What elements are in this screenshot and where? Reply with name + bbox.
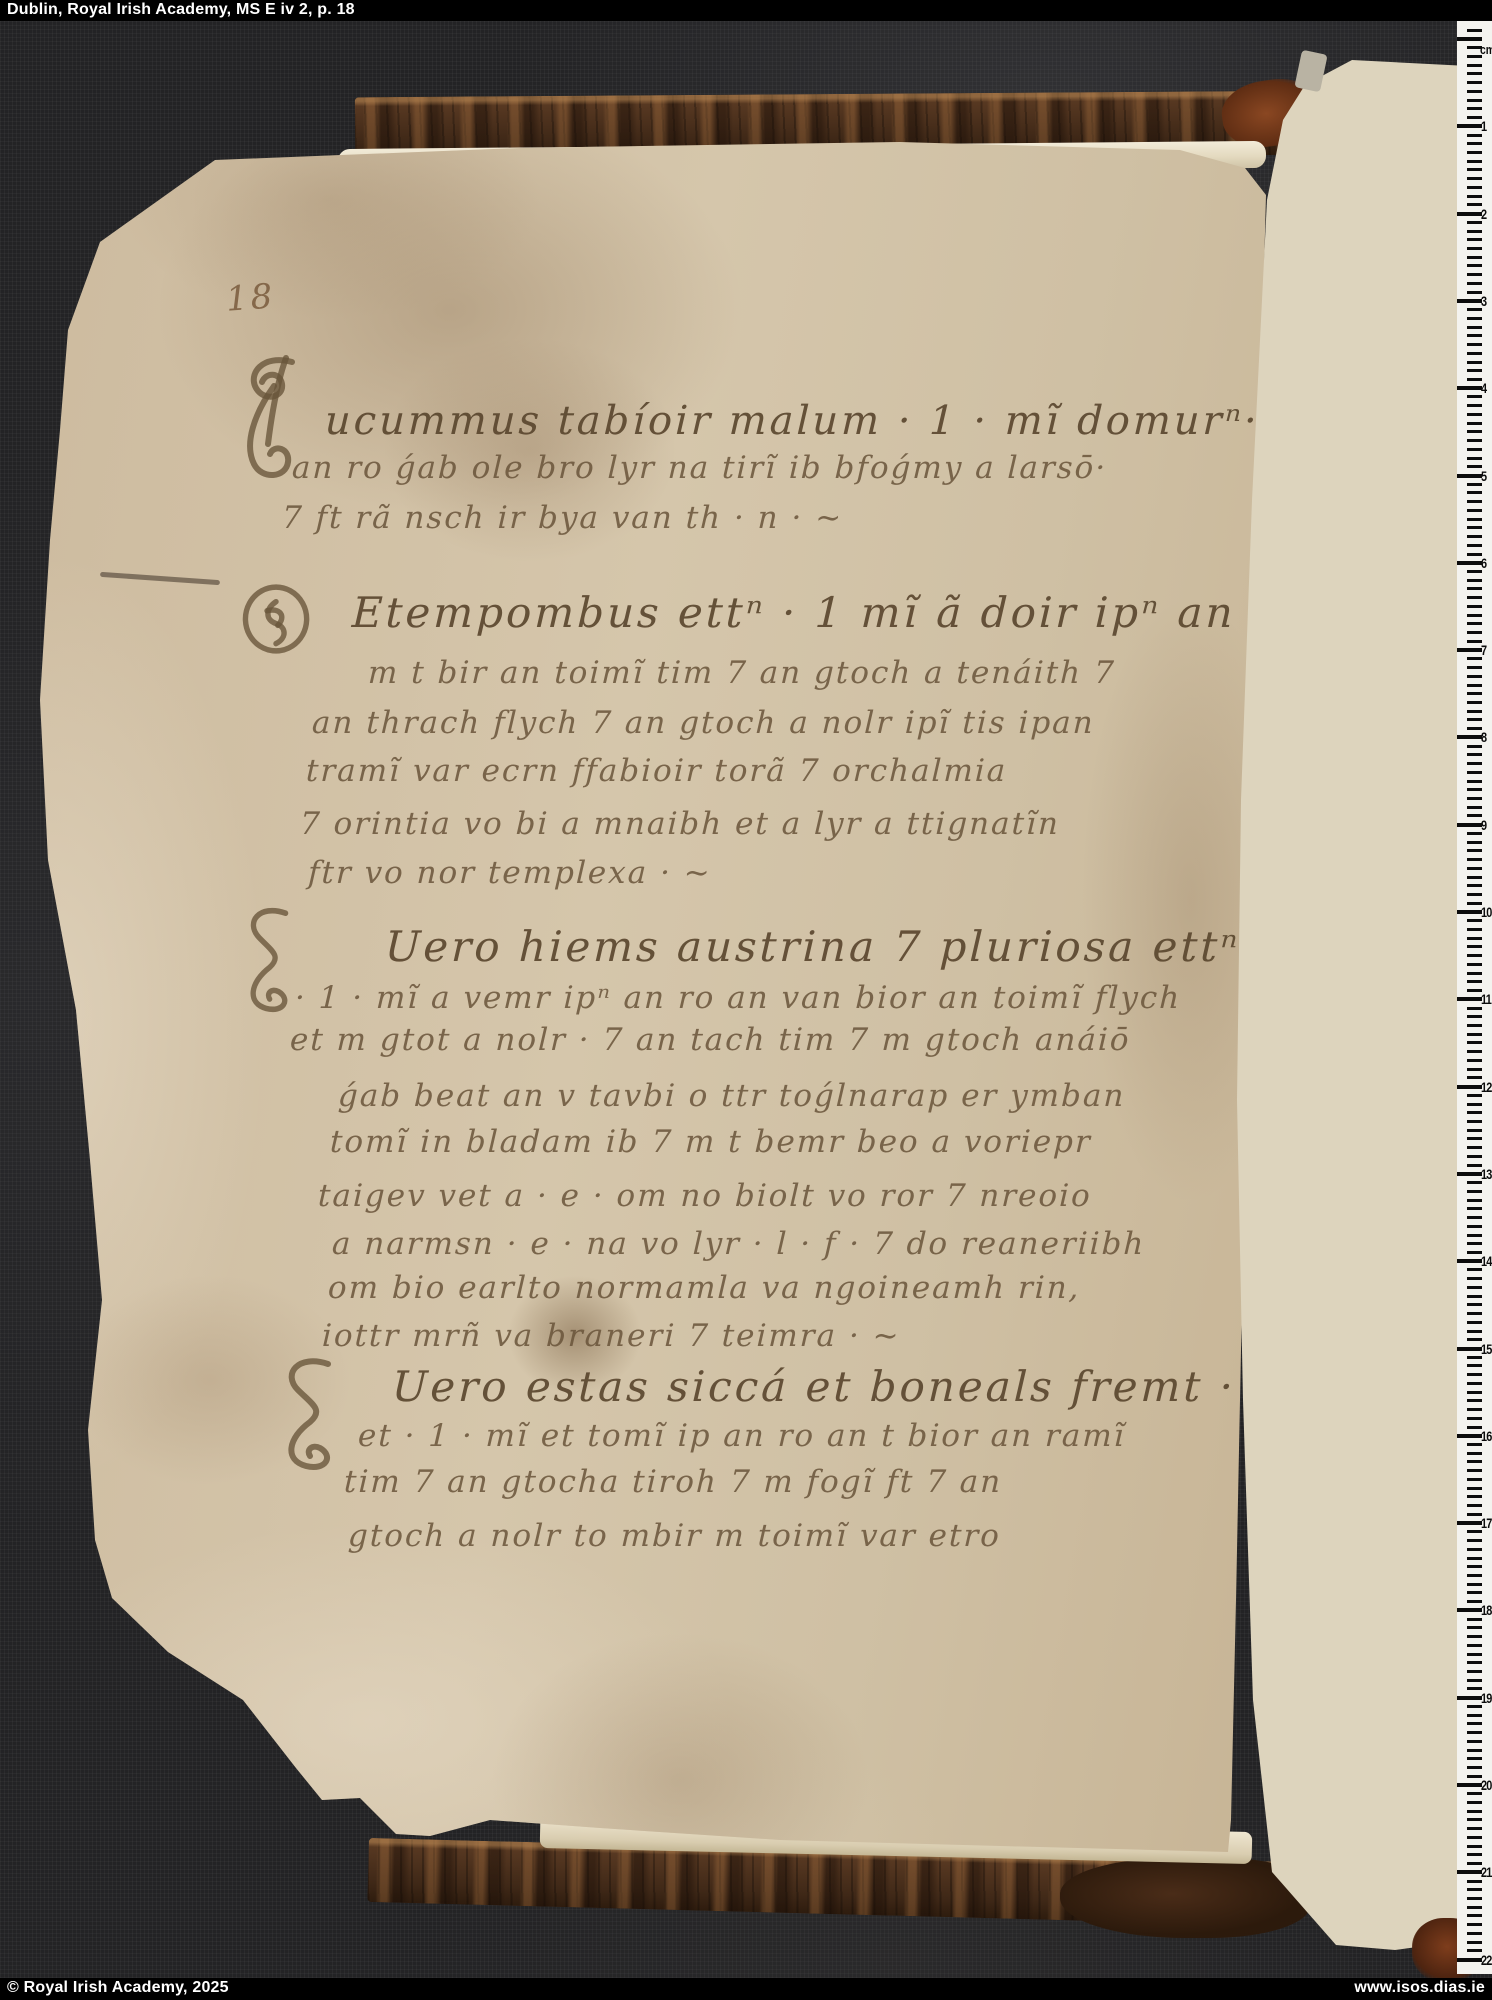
- ruler-tick: [1467, 1356, 1482, 1359]
- ruler-tick: [1467, 72, 1482, 75]
- ruler-tick: [1467, 1888, 1482, 1891]
- ruler-tick: [1467, 640, 1482, 643]
- ruler-tick: [1467, 596, 1482, 599]
- copyright-notice: © Royal Irish Academy, 2025: [7, 1979, 229, 1997]
- ruler-tick: [1457, 1521, 1482, 1525]
- ruler-tick: [1467, 1216, 1482, 1219]
- ruler-tick: [1457, 1958, 1482, 1962]
- ruler-tick: [1467, 902, 1482, 905]
- ruler-tick: [1467, 1653, 1482, 1656]
- ruler-tick: [1467, 1129, 1482, 1132]
- ruler-tick: [1467, 1548, 1482, 1551]
- ruler-tick: [1467, 1050, 1482, 1053]
- shelfmark-title: Dublin, Royal Irish Academy, MS E iv 2, …: [7, 1, 355, 19]
- ruler-tick: [1467, 1574, 1482, 1577]
- ruler-tick: [1457, 124, 1482, 128]
- ruler-tick: [1467, 186, 1482, 189]
- ruler-tick: [1457, 1783, 1482, 1787]
- ruler-tick: [1467, 1146, 1482, 1149]
- ruler-tick: [1467, 404, 1482, 407]
- book-fore-edge-band: [1225, 40, 1468, 1950]
- ruler-tick: [1457, 1870, 1482, 1874]
- ruler-tick: [1457, 823, 1482, 827]
- ruler-tick: [1467, 1862, 1482, 1865]
- ruler-tick: [1467, 334, 1482, 337]
- ruler-tick: [1467, 317, 1482, 320]
- ruler-tick: [1467, 1661, 1482, 1664]
- ruler-tick: [1467, 1041, 1482, 1044]
- ruler-tick: [1467, 1792, 1482, 1795]
- ruler-tick: [1457, 910, 1482, 914]
- ruler-tick: [1467, 1033, 1482, 1036]
- manuscript-text-line: Etempombus ettⁿ · 1 mĩ ã doir ipⁿ an ro: [351, 588, 1304, 637]
- ruler-tick: [1467, 631, 1482, 634]
- ruler-tick: [1467, 1731, 1482, 1734]
- ruler-tick: [1467, 238, 1482, 241]
- ruler-tick: [1457, 1172, 1482, 1176]
- ruler-tick: [1467, 29, 1482, 32]
- ruler-tick: [1457, 299, 1482, 303]
- ruler-tick: [1467, 1181, 1482, 1184]
- ruler-tick: [1467, 326, 1482, 329]
- ruler-tick: [1467, 893, 1482, 896]
- ruler-tick: [1467, 1286, 1482, 1289]
- ruler-tick: [1467, 1836, 1482, 1839]
- ruler-tick: [1467, 1679, 1482, 1682]
- ruler-tick: [1467, 1949, 1482, 1952]
- ruler-number: 1: [1481, 118, 1492, 134]
- ruler-tick: [1467, 361, 1482, 364]
- ruler-tick: [1467, 727, 1482, 730]
- ruler-tick: [1467, 570, 1482, 573]
- ruler-number: 20: [1481, 1777, 1492, 1793]
- ruler-tick: [1467, 937, 1482, 940]
- ruler-tick: [1467, 762, 1482, 765]
- ruler-tick: [1467, 430, 1482, 433]
- ruler-tick: [1467, 1687, 1482, 1690]
- ruler-tick: [1467, 1591, 1482, 1594]
- ruler-number: 2: [1481, 206, 1492, 222]
- ruler-tick: [1467, 1722, 1482, 1725]
- ruler-tick: [1467, 788, 1482, 791]
- ruler-tick: [1467, 710, 1482, 713]
- ruler-tick: [1467, 1024, 1482, 1027]
- manuscript-text-line: tomĩ in bladam ib 7 m t bemr beo a vorie…: [329, 1124, 1092, 1160]
- ruler-number: 3: [1481, 293, 1492, 309]
- ruler-tick: [1467, 1120, 1482, 1123]
- ruler-tick: [1467, 142, 1482, 145]
- ruler-tick: [1467, 1373, 1482, 1376]
- manuscript-leaf: 18 ucummus tabíoir malum · 1 · mĩ domurⁿ…: [30, 140, 1280, 1860]
- ruler-number: 12: [1481, 1079, 1492, 1095]
- ruler-tick: [1467, 413, 1482, 416]
- ruler-tick: [1467, 1818, 1482, 1821]
- ruler-number: 14: [1481, 1253, 1492, 1269]
- manuscript-text-line: 7 orintia vo bi a mnaibh et a lyr a ttig…: [299, 806, 1060, 842]
- ruler-tick: [1467, 1094, 1482, 1097]
- ruler-tick: [1467, 771, 1482, 774]
- ruler-tick: [1467, 1268, 1482, 1271]
- ruler-tick: [1467, 954, 1482, 957]
- manuscript-text-line: an ro ǵab ole bro lyr na tirĩ ib bfoǵmy …: [291, 450, 1107, 486]
- ruler-tick: [1467, 90, 1482, 93]
- ruler-tick: [1467, 745, 1482, 748]
- ruler-tick: [1467, 605, 1482, 608]
- ruler-tick: [1467, 64, 1482, 67]
- manuscript-text-line: et m gtot a nolr · 7 an tach tim 7 m gto…: [289, 1022, 1131, 1058]
- ruler-tick: [1467, 1015, 1482, 1018]
- ruler-tick: [1467, 1007, 1482, 1010]
- ruler-tick: [1467, 500, 1482, 503]
- ruler-tick: [1467, 1600, 1482, 1603]
- ruler-tick: [1467, 684, 1482, 687]
- ruler-tick: [1467, 1705, 1482, 1708]
- ruler-tick: [1467, 832, 1482, 835]
- manuscript-text-line: m t bir an toimĩ tim 7 an gtoch a tenáit…: [367, 655, 1116, 691]
- ruler-tick: [1467, 1845, 1482, 1848]
- ruler-tick: [1467, 806, 1482, 809]
- ruler-tick: [1467, 518, 1482, 521]
- ruler-tick: [1467, 1295, 1482, 1298]
- ruler-tick: [1467, 701, 1482, 704]
- ruler-tick: [1467, 282, 1482, 285]
- ruler-tick: [1467, 168, 1482, 171]
- ruler-tick: [1467, 55, 1482, 58]
- decorated-initial-s-swirl: [272, 1352, 342, 1472]
- ruler-tick: [1467, 1827, 1482, 1830]
- ruler-tick: [1467, 1111, 1482, 1114]
- ruler-tick: [1467, 718, 1482, 721]
- ruler-tick: [1467, 352, 1482, 355]
- ruler-tick: [1467, 919, 1482, 922]
- ruler-tick: [1467, 1810, 1482, 1813]
- ruler-tick: [1467, 1478, 1482, 1481]
- ruler-tick: [1467, 1714, 1482, 1717]
- ruler-tick: [1467, 1932, 1482, 1935]
- ruler-tick: [1467, 343, 1482, 346]
- ruler-tick: [1457, 1259, 1482, 1263]
- manuscript-text-line: om bio earlto normamla va ngoineamh rin,: [327, 1270, 1081, 1306]
- ruler-tick: [1467, 1059, 1482, 1062]
- ruler-tick: [1467, 876, 1482, 879]
- ruler-number: 17: [1481, 1515, 1492, 1531]
- ruler-tick: [1467, 116, 1482, 119]
- ruler-tick: [1467, 1539, 1482, 1542]
- ruler-tick: [1457, 1434, 1482, 1438]
- ruler-number: 7: [1481, 642, 1492, 658]
- ruler-tick: [1467, 553, 1482, 556]
- ruler-number: 15: [1481, 1341, 1492, 1357]
- ruler-tick: [1457, 561, 1482, 565]
- manuscript-text-line: tim 7 an gtocha tiroh 7 m fogĩ ft 7 an: [343, 1464, 1002, 1500]
- ruler-number: 11: [1481, 991, 1492, 1007]
- ruler-tick: [1467, 1277, 1482, 1280]
- ruler-tick: [1467, 203, 1482, 206]
- ruler-tick: [1467, 1469, 1482, 1472]
- manuscript-text-line: tramĩ var ecrn ffabioir torã 7 orchalmia: [305, 753, 1007, 789]
- folio-page-number: 18: [225, 276, 277, 319]
- ruler-tick: [1467, 884, 1482, 887]
- ruler-tick: [1467, 439, 1482, 442]
- ruler-tick: [1467, 858, 1482, 861]
- ruler-tick: [1467, 1740, 1482, 1743]
- ruler-tick: [1467, 273, 1482, 276]
- ruler-tick: [1467, 1452, 1482, 1455]
- ruler-tick: [1467, 780, 1482, 783]
- ruler-tick: [1467, 1399, 1482, 1402]
- ruler-tick: [1467, 256, 1482, 259]
- manuscript-text-line: et · 1 · mĩ et tomĩ ip an ro an t bior a…: [357, 1418, 1126, 1454]
- manuscript-text-line: · 1 · mĩ a vemr ipⁿ an ro an van bior an…: [294, 980, 1181, 1016]
- ruler-tick: [1467, 1164, 1482, 1167]
- website-url: www.isos.dias.ie: [1354, 1979, 1485, 1997]
- ruler-tick: [1457, 1347, 1482, 1351]
- ruler-tick: [1467, 457, 1482, 460]
- ruler-tick: [1467, 1242, 1482, 1245]
- ruler-tick: [1467, 544, 1482, 547]
- manuscript-text-line: iottr mrñ va braneri 7 teimra · ~: [321, 1318, 901, 1354]
- ruler-tick: [1467, 1234, 1482, 1237]
- ruler-tick: [1467, 230, 1482, 233]
- ruler-tick: [1467, 1504, 1482, 1507]
- ruler-tick: [1467, 1408, 1482, 1411]
- ruler-tick: [1467, 1321, 1482, 1324]
- ruler-number: 6: [1481, 555, 1492, 571]
- ruler-number: 4: [1481, 380, 1492, 396]
- ruler-tick: [1467, 867, 1482, 870]
- ruler-tick: [1467, 448, 1482, 451]
- ruler-tick: [1467, 1853, 1482, 1856]
- ruler-tick: [1467, 849, 1482, 852]
- ruler-tick: [1467, 1766, 1482, 1769]
- ruler-tick: [1467, 177, 1482, 180]
- decorated-initial-circle-knot: [240, 578, 312, 660]
- ruler-tick: [1467, 291, 1482, 294]
- ruler-tick: [1467, 1137, 1482, 1140]
- ruler-number: 5: [1481, 468, 1492, 484]
- ruler-tick: [1467, 1338, 1482, 1341]
- ruler-tick: [1467, 1155, 1482, 1158]
- ruler-tick: [1467, 107, 1482, 110]
- ruler-tick: [1467, 99, 1482, 102]
- ruler-tick: [1467, 1199, 1482, 1202]
- ruler-number: 13: [1481, 1166, 1492, 1182]
- ruler-tick: [1457, 37, 1482, 41]
- ruler-tick: [1467, 465, 1482, 468]
- ruler-tick: [1467, 928, 1482, 931]
- ruler-tick: [1467, 1330, 1482, 1333]
- ruler-tick: [1467, 151, 1482, 154]
- ruler-tick: [1467, 622, 1482, 625]
- ruler-tick: [1467, 395, 1482, 398]
- ruler-tick: [1467, 666, 1482, 669]
- ruler-tick: [1467, 614, 1482, 617]
- ruler-tick: [1467, 81, 1482, 84]
- ruler-number: 18: [1481, 1602, 1492, 1618]
- ruler-tick: [1467, 1530, 1482, 1533]
- ruler-tick: [1467, 972, 1482, 975]
- ruler-tick: [1467, 1190, 1482, 1193]
- ruler-tick: [1467, 945, 1482, 948]
- ruler-tick: [1467, 1312, 1482, 1315]
- ruler-tick: [1467, 675, 1482, 678]
- ruler-tick: [1467, 1583, 1482, 1586]
- ruler-tick: [1467, 1495, 1482, 1498]
- manuscript-text-line: Uero estas siccá et boneals fremt ·: [391, 1362, 1237, 1411]
- ruler-tick: [1467, 1906, 1482, 1909]
- ruler-tick: [1467, 1207, 1482, 1210]
- ruler-tick: [1467, 1303, 1482, 1306]
- ruler-number: 9: [1481, 817, 1492, 833]
- ruler-tick: [1467, 247, 1482, 250]
- ruler-tick: [1467, 1635, 1482, 1638]
- manuscript-text-line: 7 ft rã nsch ir bya van th · n · ~: [281, 500, 843, 536]
- ruler-number: 16: [1481, 1428, 1492, 1444]
- ruler-tick: [1457, 212, 1482, 216]
- manuscript-text-line: taigev vet a · e · om no biolt vo ror 7 …: [317, 1178, 1092, 1214]
- ruler-tick: [1467, 369, 1482, 372]
- header-bar: Dublin, Royal Irish Academy, MS E iv 2, …: [0, 0, 1492, 21]
- ruler-tick: [1467, 1068, 1482, 1071]
- ruler-tick: [1467, 797, 1482, 800]
- ruler-tick: [1467, 1391, 1482, 1394]
- ruler-tick: [1467, 814, 1482, 817]
- ruler-tick: [1467, 46, 1482, 49]
- ruler-tick: [1467, 1364, 1482, 1367]
- ruler-tick: [1467, 657, 1482, 660]
- ruler-tick: [1467, 1487, 1482, 1490]
- manuscript-text-line: an thrach flych 7 an gtoch a nolr ipĩ ti…: [311, 705, 1095, 741]
- manuscript-text-line: Uero hiems austrina 7 pluriosa ettⁿ: [384, 922, 1241, 971]
- ruler-tick: [1467, 264, 1482, 267]
- ruler-tick: [1457, 386, 1482, 390]
- ruler-tick: [1467, 1644, 1482, 1647]
- ruler-tick: [1467, 753, 1482, 756]
- ruler-tick: [1467, 160, 1482, 163]
- ruler-number: 10: [1481, 904, 1492, 920]
- ruler-tick: [1467, 308, 1482, 311]
- decorated-initial-flourish: [228, 352, 308, 487]
- ruler-tick: [1467, 1417, 1482, 1420]
- isos-manuscript-viewer-page: 18 ucummus tabíoir malum · 1 · mĩ domurⁿ…: [0, 0, 1492, 2000]
- ruler-tick: [1467, 1103, 1482, 1106]
- manuscript-text-line: ftr vo nor templexa · ~: [307, 855, 712, 891]
- ruler-tick: [1467, 587, 1482, 590]
- ruler-tick: [1457, 735, 1482, 739]
- ruler-tick: [1467, 1565, 1482, 1568]
- ruler-number: 8: [1481, 729, 1492, 745]
- ruler-tick: [1467, 526, 1482, 529]
- ruler-tick: [1467, 1225, 1482, 1228]
- ruler-tick: [1467, 422, 1482, 425]
- ruler-number: 19: [1481, 1690, 1492, 1706]
- manuscript-text-line: gtoch a nolr to mbir m toimĩ var etro: [347, 1518, 1001, 1554]
- ruler-tick: [1457, 474, 1482, 478]
- ruler-tick: [1467, 1513, 1482, 1516]
- ruler-tick: [1467, 535, 1482, 538]
- ruler-tick: [1467, 692, 1482, 695]
- photographic-scale-ruler: cm 12345678910111213141516171819202122: [1457, 18, 1492, 1974]
- ruler-tick: [1467, 841, 1482, 844]
- ruler-tick: [1467, 509, 1482, 512]
- ruler-tick: [1467, 221, 1482, 224]
- ruler-tick: [1467, 1941, 1482, 1944]
- manuscript-text-line: ǵab beat an v tavbi o ttr toǵlnarap er y…: [337, 1078, 1126, 1114]
- ruler-tick: [1467, 1914, 1482, 1917]
- footer-bar: © Royal Irish Academy, 2025 www.isos.dia…: [0, 1978, 1492, 2000]
- ruler-tick: [1467, 1880, 1482, 1883]
- ruler-tick: [1467, 1801, 1482, 1804]
- ruler-tick: [1467, 1897, 1482, 1900]
- ruler-tick: [1467, 483, 1482, 486]
- ruler-tick: [1467, 1460, 1482, 1463]
- ruler-tick: [1467, 134, 1482, 137]
- ruler-tick: [1467, 1426, 1482, 1429]
- ruler-tick: [1467, 1251, 1482, 1254]
- ruler-tick: [1457, 1608, 1482, 1612]
- ruler-tick: [1457, 648, 1482, 652]
- ruler-tick: [1467, 1076, 1482, 1079]
- ruler-tick: [1467, 1757, 1482, 1760]
- ruler-tick: [1467, 989, 1482, 992]
- ruler-tick: [1467, 1443, 1482, 1446]
- ruler-tick: [1467, 963, 1482, 966]
- ruler-tick: [1467, 1382, 1482, 1385]
- ruler-tick: [1467, 980, 1482, 983]
- decorated-initial-s-swirl: [236, 902, 298, 1014]
- ruler-tick: [1457, 1085, 1482, 1089]
- ruler-tick: [1467, 195, 1482, 198]
- ruler-tick: [1457, 997, 1482, 1001]
- ruler-tick: [1467, 1923, 1482, 1926]
- ruler-tick: [1467, 579, 1482, 582]
- ruler-tick: [1457, 1696, 1482, 1700]
- ruler-tick: [1467, 1618, 1482, 1621]
- ruler-tick: [1467, 1775, 1482, 1778]
- ruler-number: 21: [1481, 1864, 1492, 1880]
- ruler-tick: [1467, 1749, 1482, 1752]
- ruler-number: 22: [1481, 1952, 1492, 1968]
- manuscript-text-line: a narmsn · e · na vo lyr · l · f · 7 do …: [331, 1226, 1146, 1262]
- ruler-tick: [1467, 1557, 1482, 1560]
- ruler-tick: [1467, 1670, 1482, 1673]
- ruler-tick: [1467, 1626, 1482, 1629]
- manuscript-text-line: ucummus tabíoir malum · 1 · mĩ domurⁿ·: [324, 398, 1260, 444]
- ruler-tick: [1467, 378, 1482, 381]
- ruler-tick: [1467, 491, 1482, 494]
